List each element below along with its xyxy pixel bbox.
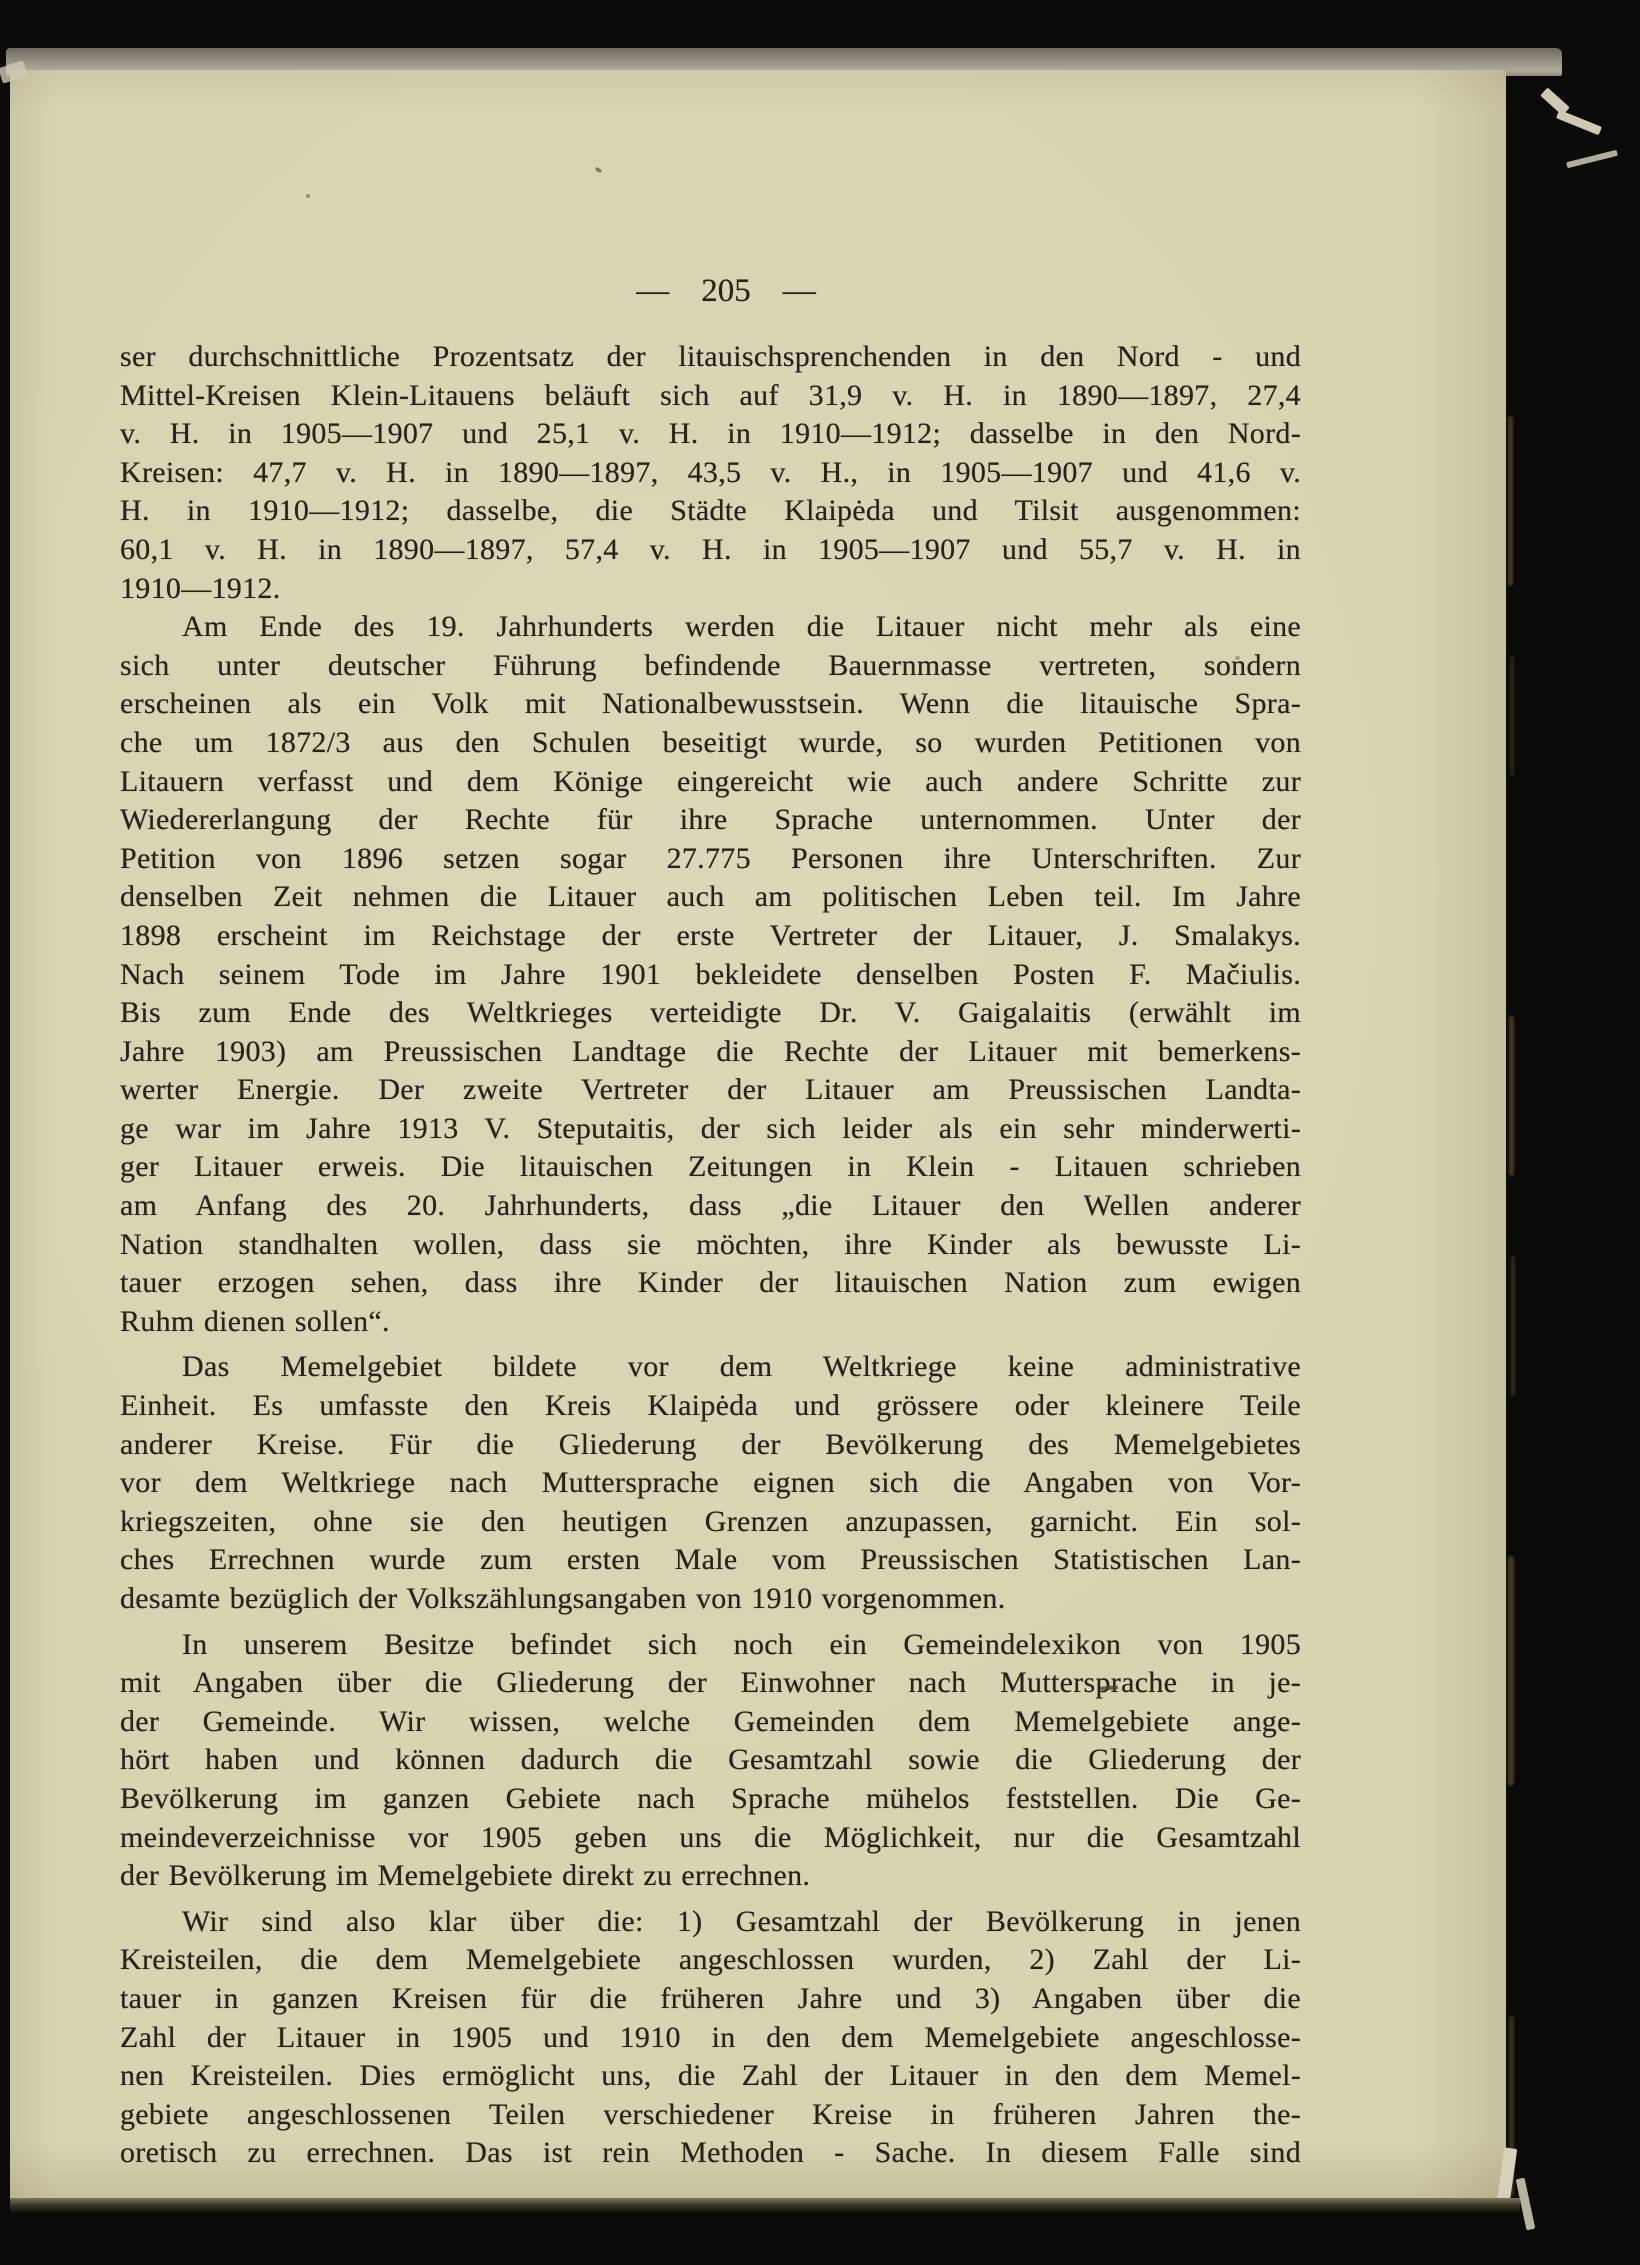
text-line: anderer Kreise. Für die Gliederung der B… bbox=[120, 1426, 1301, 1465]
text-line: Bis zum Ende des Weltkrieges verteidigte… bbox=[120, 994, 1301, 1033]
text-line: ge war im Jahre 1913 V. Steputaitis, der… bbox=[120, 1110, 1301, 1149]
text-block: ser durchschnittliche Prozentsatz der li… bbox=[120, 338, 1301, 2173]
text-line: am Anfang des 20. Jahrhunderts, dass „di… bbox=[120, 1187, 1301, 1226]
book-page: — 205 — ser durchschnittliche Prozentsat… bbox=[10, 70, 1506, 2204]
text-line: Bevölkerung im ganzen Gebiete nach Sprac… bbox=[120, 1780, 1301, 1819]
text-line: mit Angaben über die Gliederung der Einw… bbox=[120, 1664, 1301, 1703]
text-line: denselben Zeit nehmen die Litauer auch a… bbox=[120, 878, 1301, 917]
edge-stain bbox=[1508, 1556, 1514, 1786]
paragraph: Am Ende des 19. Jahrhunderts werden die … bbox=[120, 608, 1301, 1341]
edge-stain bbox=[1510, 656, 1514, 776]
text-line: ger Litauer erweis. Die litauischen Zeit… bbox=[120, 1148, 1301, 1187]
text-line: meindeverzeichnisse vor 1905 geben uns d… bbox=[120, 1819, 1301, 1858]
text-line: che um 1872/3 aus den Schulen beseitigt … bbox=[120, 724, 1301, 763]
text-line: Einheit. Es umfasste den Kreis Klaipėda … bbox=[120, 1387, 1301, 1426]
text-line: nen Kreisteilen. Dies ermöglicht uns, di… bbox=[120, 2057, 1301, 2096]
ink-speck bbox=[306, 194, 310, 198]
paragraph: In unserem Besitze befindet sich noch ei… bbox=[120, 1626, 1301, 1896]
paragraph: Wir sind also klar über die: 1) Gesamtza… bbox=[120, 1903, 1301, 2173]
text-line: Kreisteilen, die dem Memelgebiete angesc… bbox=[120, 1941, 1301, 1980]
text-line: Wir sind also klar über die: 1) Gesamtza… bbox=[120, 1903, 1301, 1942]
text-line: tauer in ganzen Kreisen für die früheren… bbox=[120, 1980, 1301, 2019]
ink-speck bbox=[1235, 656, 1240, 660]
book-fore-edge bbox=[1496, 76, 1570, 2198]
page-header-dash-left: — bbox=[636, 273, 669, 310]
text-line: 60,1 v. H. in 1890—1897, 57,4 v. H. in 1… bbox=[120, 531, 1301, 570]
text-line: sich unter deutscher Führung befindende … bbox=[120, 647, 1301, 686]
frayed-corner-thread bbox=[1566, 150, 1618, 168]
text-line: 1910—1912. bbox=[120, 570, 1301, 609]
text-line: desamte bezüglich der Volkszählungsangab… bbox=[120, 1580, 1301, 1619]
text-line: oretisch zu errechnen. Das ist rein Meth… bbox=[120, 2134, 1301, 2173]
text-line: gebiete angeschlossenen Teilen verschied… bbox=[120, 2096, 1301, 2135]
text-line: kriegszeiten, ohne sie den heutigen Gren… bbox=[120, 1503, 1301, 1542]
edge-stain bbox=[1511, 1256, 1515, 1396]
text-line: der Gemeinde. Wir wissen, welche Gemeind… bbox=[120, 1703, 1301, 1742]
text-line: hört haben und können dadurch die Gesamt… bbox=[120, 1741, 1301, 1780]
text-line: Nach seinem Tode im Jahre 1901 bekleidet… bbox=[120, 956, 1301, 995]
page-header-dash-right: — bbox=[783, 273, 816, 310]
text-line: 1898 erscheint im Reichstage der erste V… bbox=[120, 917, 1301, 956]
text-line: v. H. in 1905—1907 und 25,1 v. H. in 191… bbox=[120, 415, 1301, 454]
edge-stain bbox=[1509, 1016, 1514, 1176]
text-line: In unserem Besitze befindet sich noch ei… bbox=[120, 1626, 1301, 1665]
text-line: erscheinen als ein Volk mit Nationalbewu… bbox=[120, 685, 1301, 724]
text-line: Das Memelgebiet bildete vor dem Weltkrie… bbox=[120, 1348, 1301, 1387]
text-line: Am Ende des 19. Jahrhunderts werden die … bbox=[120, 608, 1301, 647]
text-line: ser durchschnittliche Prozentsatz der li… bbox=[120, 338, 1301, 377]
text-line: Jahre 1903) am Preussischen Landtage die… bbox=[120, 1033, 1301, 1072]
page-number: 205 bbox=[701, 273, 751, 310]
text-line: werter Energie. Der zweite Vertreter der… bbox=[120, 1071, 1301, 1110]
text-line: tauer erzogen sehen, dass ihre Kinder de… bbox=[120, 1264, 1301, 1303]
ink-speck bbox=[594, 166, 602, 173]
page-header: — 205 — bbox=[136, 268, 1316, 314]
text-line: der Bevölkerung im Memelgebiete direkt z… bbox=[120, 1857, 1301, 1896]
edge-stain bbox=[1508, 416, 1513, 586]
text-line: Nation standhalten wollen, dass sie möch… bbox=[120, 1226, 1301, 1265]
text-line: Petition von 1896 setzen sogar 27.775 Pe… bbox=[120, 840, 1301, 879]
paragraph: ser durchschnittliche Prozentsatz der li… bbox=[120, 338, 1301, 608]
text-line: Zahl der Litauer in 1905 und 1910 in den… bbox=[120, 2019, 1301, 2058]
text-line: vor dem Weltkriege nach Muttersprache ei… bbox=[120, 1464, 1301, 1503]
text-line: Litauern verfasst und dem Könige eingere… bbox=[120, 763, 1301, 802]
text-line: Kreisen: 47,7 v. H. in 1890—1897, 43,5 v… bbox=[120, 454, 1301, 493]
text-line: Mittel-Kreisen Klein-Litauens beläuft si… bbox=[120, 377, 1301, 416]
text-line: Ruhm dienen sollen“. bbox=[120, 1303, 1301, 1342]
text-line: H. in 1910—1912; dasselbe, die Städte Kl… bbox=[120, 492, 1301, 531]
book-photo: — 205 — ser durchschnittliche Prozentsat… bbox=[0, 0, 1640, 2265]
page-bottom-shadow bbox=[10, 2198, 1520, 2214]
paragraph: Das Memelgebiet bildete vor dem Weltkrie… bbox=[120, 1348, 1301, 1618]
text-line: ches Errechnen wurde zum ersten Male vom… bbox=[120, 1541, 1301, 1580]
text-line: Wiedererlangung der Rechte für ihre Spra… bbox=[120, 801, 1301, 840]
